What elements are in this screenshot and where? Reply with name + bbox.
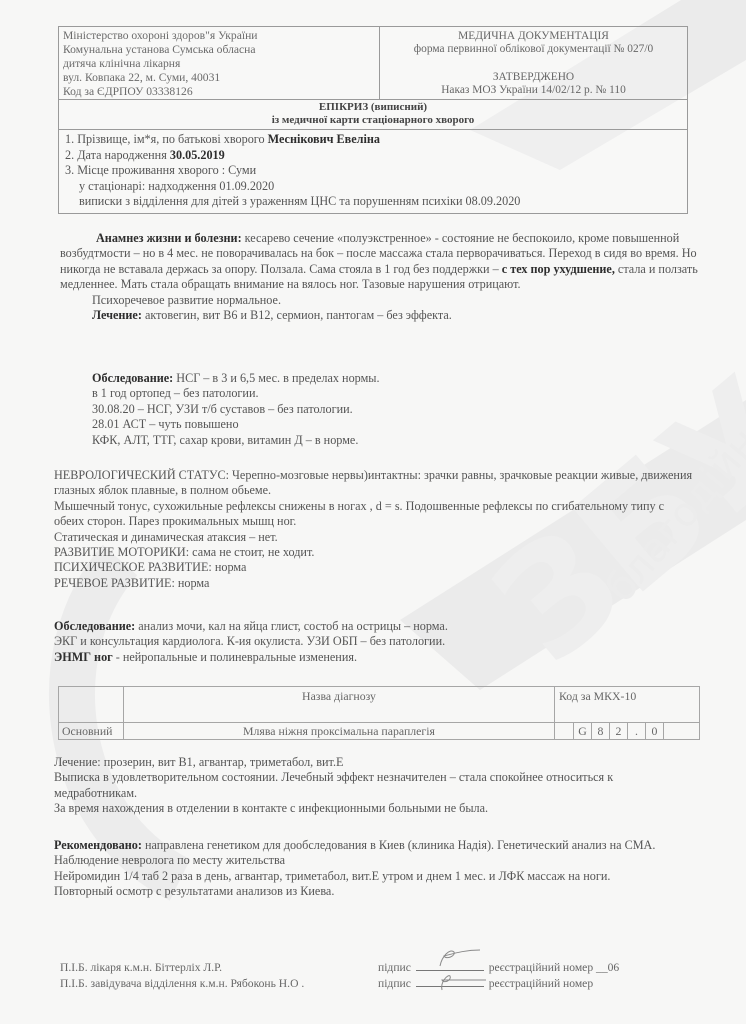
patient-name: Меснікович Евеліна	[268, 132, 380, 146]
exam-line: анализ мочи, кал на яйца глист, состоб н…	[135, 619, 448, 633]
diagnosis-table: Назва діагнозу Код за МКХ-10 Основний Мл…	[58, 686, 700, 740]
institution-line: Комунальна установа Сумська обласна	[63, 43, 379, 57]
exam-line: в 1 год ортопед – без патологии.	[92, 386, 700, 401]
recommendations: Рекомендовано: направлена генетиком для …	[54, 838, 694, 900]
neuro-line: ПСИХИЧЕСКОЕ РАЗВИТИЕ: норма	[54, 560, 694, 575]
residence: 3. Місце проживання хворого : Суми	[65, 163, 687, 179]
exam-line: 28.01 АСТ – чуть повышено	[92, 417, 700, 432]
approved-label: ЗАТВЕРДЖЕНО	[380, 71, 687, 84]
followup: Повторный осмотр с результатами анализов…	[54, 884, 694, 899]
treatment-text: актовегин, вит В6 и В12, сермион, пантог…	[142, 308, 452, 322]
signature-scribble-icon	[420, 968, 488, 994]
icd-code-char: 2	[610, 723, 628, 739]
head-signature-row: підпис реєстраційний номер	[378, 976, 593, 990]
neuro-line: РЕЧЕВОЕ РАЗВИТИЕ: норма	[54, 576, 694, 591]
icd-code-char: 0	[646, 723, 664, 739]
exam-line: - нейропальные и полиневральные изменени…	[113, 650, 357, 664]
document-page: ЗБУБЕМ благодійний фонд Міністерство охо…	[0, 0, 746, 1024]
order-line: Наказ МОЗ України 14/02/12 р. № 110	[380, 84, 687, 97]
neuro-line: НЕВРОЛОГИЧЕСКИЙ СТАТУС: Черепно-мозговые…	[54, 468, 694, 499]
form-number: форма первинної облікової документації №…	[380, 43, 687, 56]
admission-date: у стаціонарі: надходження 01.09.2020	[65, 179, 687, 195]
sign-label: підпис	[378, 977, 411, 990]
institution-line: вул. Ковпака 22, м. Суми, 40031	[63, 71, 379, 85]
discharge-treatment: Лечение: прозерин, вит В1, агвантар, три…	[54, 755, 694, 770]
anamnesis-section: Анамнез жизни и болезни: кесарево сечени…	[60, 231, 700, 323]
anamnesis-emphasis: с тех пор ухудшение,	[502, 262, 615, 276]
icd-code: G 8 2 . 0	[573, 723, 699, 739]
discharge-state: Выписка в удовлетворительном состоянии. …	[54, 770, 694, 801]
neuro-line: Мышечный тонус, сухожильные рефлексы сни…	[54, 499, 694, 530]
head-name: П.І.Б. завідувача відділення к.м.н. Рябо…	[60, 976, 304, 992]
examination-section-2: Обследование: анализ мочи, кал на яйца г…	[54, 619, 694, 665]
recommendations-text: направлена генетиком для дообследования …	[54, 838, 655, 867]
date-of-birth: 30.05.2019	[170, 148, 225, 162]
doctor-reg-number: __06	[596, 961, 619, 974]
signature-scribble-icon	[420, 946, 488, 968]
patient-label: 1. Прізвище, ім*я, по батькові хворого	[65, 132, 268, 146]
exam-line: НСГ – в 3 и 6,5 мес. в пределах нормы.	[173, 371, 379, 385]
dob-label: 2. Дата народження	[65, 148, 170, 162]
doctor-signature-row: підпис реєстраційний номер __06	[378, 960, 619, 974]
icd-code-char	[664, 723, 680, 739]
psych-development: Психоречевое развитие нормальное.	[60, 293, 700, 308]
treatment-label: Лечение:	[92, 308, 142, 322]
doctor-name: П.І.Б. лікаря к.м.н. Біттерліх Л.Р.	[60, 960, 222, 976]
header-box: Міністерство охороні здоров"я України Ко…	[58, 26, 688, 214]
recommendations-label: Рекомендовано:	[54, 838, 142, 852]
form-info-block: МЕДИЧНА ДОКУМЕНТАЦІЯ форма первинної обл…	[380, 27, 687, 99]
sign-label: підпис	[378, 961, 411, 974]
institution-block: Міністерство охороні здоров"я України Ко…	[59, 27, 380, 99]
diagnosis-name: Млява ніжня проксімальна параплегія	[124, 723, 555, 740]
exam-line: ЭКГ и консультация кардиолога. К-ия окул…	[54, 634, 694, 649]
diagnosis-name-header: Назва діагнозу	[124, 687, 555, 723]
recommended-medications: Нейромидин 1/4 таб 2 раза в день, агвант…	[54, 869, 694, 884]
neuro-line: Статическая и динамическая атаксия – нет…	[54, 530, 694, 545]
signature-line	[416, 976, 484, 987]
patient-info: 1. Прізвище, ім*я, по батькові хворого М…	[59, 130, 687, 213]
icd-code-char: 8	[592, 723, 610, 739]
exam-line: 30.08.20 – НСГ, УЗИ т/б суставов – без п…	[92, 402, 700, 417]
title-line-1: ЕПІКРИЗ (виписний)	[59, 101, 687, 114]
discharge-notes: Лечение: прозерин, вит В1, агвантар, три…	[54, 755, 694, 817]
icd-code-char: .	[628, 723, 646, 739]
anamnesis-label: Анамнез жизни и болезни:	[96, 231, 242, 245]
institution-line: Міністерство охороні здоров"я України	[63, 29, 379, 43]
document-title: ЕПІКРИЗ (виписний) із медичної карти ста…	[59, 100, 687, 130]
neuro-line: РАЗВИТИЕ МОТОРИКИ: сама не стоит, не ход…	[54, 545, 694, 560]
discharge-date: виписки з відділення для дітей з ураженн…	[65, 194, 687, 210]
institution-line: дитяча клінічна лікарня	[63, 57, 379, 71]
icd-code-char: G	[574, 723, 592, 739]
diagnosis-type: Основний	[59, 723, 124, 740]
reg-label: реєстраційний номер	[489, 977, 593, 990]
infection-contacts: За время нахождения в отделении в контак…	[54, 801, 694, 816]
examination-label: Обследование:	[92, 371, 173, 385]
institution-line: Код за ЄДРПОУ 03338126	[63, 85, 379, 99]
examination-section: Обследование: НСГ – в 3 и 6,5 мес. в пре…	[60, 371, 700, 448]
enmg-label: ЭНМГ ног	[54, 650, 113, 664]
neurological-status: НЕВРОЛОГИЧЕСКИЙ СТАТУС: Черепно-мозговые…	[54, 468, 694, 591]
exam-line: КФК, АЛТ, ТТГ, сахар крови, витамин Д – …	[92, 433, 700, 448]
reg-label: реєстраційний номер	[489, 961, 593, 974]
doc-type: МЕДИЧНА ДОКУМЕНТАЦІЯ	[380, 30, 687, 43]
title-line-2: із медичної карти стаціонарного хворого	[59, 114, 687, 127]
examination-label: Обследование:	[54, 619, 135, 633]
icd-code-header: Код за МКХ-10	[555, 687, 700, 723]
